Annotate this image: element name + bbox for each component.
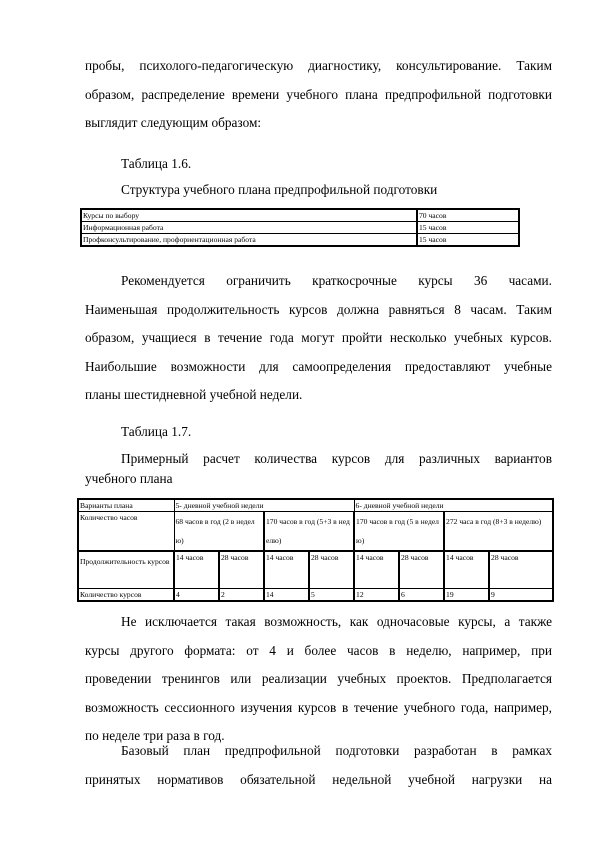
table-cell: 15 часов [417,234,519,247]
table-cell: Количество часов [78,512,174,552]
table-cell: 12 [354,589,399,602]
text-line: Базовый план предпрофильной подготовки р… [85,737,552,766]
text-line-content: Примерный расчет количества курсов для р… [121,445,552,474]
table-cell: 70 часов [417,209,519,222]
text-line: образом, распределение времени учебного … [85,81,552,110]
table-cell: Варианты плана [78,499,174,512]
table-cell: 28 часов [399,551,444,589]
table-row: Варианты плана 5- дневной учебной недели… [78,499,553,512]
table-cell: 14 часов [174,551,219,589]
text-line: курсы другого формата: от 4 и более часо… [85,637,552,666]
text-line-content: Базовый план предпрофильной подготовки р… [121,737,552,766]
table-course-count: Варианты плана 5- дневной учебной недели… [77,498,554,602]
table-cell: 170 часов в год (5 в неделю) [354,512,444,552]
text-line: Примерный расчет количества курсов для р… [85,445,552,474]
table-row: Количество часов 68 часов в год (2 в нед… [78,512,553,552]
table-cell: 28 часов [219,551,264,589]
table-cell: 15 часов [417,222,519,234]
table-cell: Информационная работа [81,222,417,234]
table-cell: 68 часов в год (2 в неделю) [174,512,264,552]
text-line-content: Не исключается такая возможность, как од… [121,608,552,637]
table-cell: Количество курсов [78,589,174,602]
table-cell: 2 [219,589,264,602]
table1-caption-number: Таблица 1.6. [121,156,191,172]
text-line: выглядит следующим образом: [85,109,552,138]
text-line: Наименьшая продолжительность курсов долж… [85,296,552,325]
table-cell: 170 часов в год (5+3 в неделю) [264,512,354,552]
paragraph-base-plan: Базовый план предпрофильной подготовки р… [85,737,552,794]
table2-caption-title-cont: учебного плана [85,471,173,487]
table-row: Продолжительность курсов 14 часов 28 час… [78,551,553,589]
table-row: Количество курсов 4 2 14 5 12 6 19 9 [78,589,553,602]
paragraph-formats: Не исключается такая возможность, как од… [85,608,552,751]
text-line: возможность сессионного изучения курсов … [85,694,552,723]
text-line: Рекомендуется ограничить краткосрочные к… [85,267,552,296]
table-cell: 272 часа в год (8+3 в неделю) [444,512,553,552]
table2-caption-title: Примерный расчет количества курсов для р… [85,445,552,474]
text-line: планы шестидневной учебной недели. [85,381,552,410]
table-cell: Продолжительность курсов [78,551,174,589]
table-cell: 5- дневной учебной недели [174,499,354,512]
table-cell: 28 часов [489,551,553,589]
table-curriculum-structure: Курсы по выбору 70 часов Информационная … [80,208,520,247]
table-cell: 14 [264,589,309,602]
table-cell: 5 [309,589,354,602]
table-cell: 9 [489,589,553,602]
table-row: Информационная работа 15 часов [81,222,519,234]
table-cell: Курсы по выбору [81,209,417,222]
table2-caption-number: Таблица 1.7. [121,424,191,440]
table-cell: 14 часов [264,551,309,589]
table-cell: 14 часов [444,551,489,589]
text-line: Наибольшие возможности для самоопределен… [85,353,552,382]
table-cell: 28 часов [309,551,354,589]
paragraph-intro: пробы, психолого-педагогическую диагност… [85,52,552,138]
table-cell: 6- дневной учебной недели [354,499,553,512]
table-cell: 6 [399,589,444,602]
table-cell: 4 [174,589,219,602]
table-cell: 19 [444,589,489,602]
paragraph-recommendation: Рекомендуется ограничить краткосрочные к… [85,267,552,410]
text-line: Не исключается такая возможность, как од… [85,608,552,637]
text-line: образом, учащиеся в течение года могут п… [85,324,552,353]
table1-caption-title: Структура учебного плана предпрофильной … [121,182,437,198]
text-line: пробы, психолого-педагогическую диагност… [85,52,552,81]
text-line-content: Рекомендуется ограничить краткосрочные к… [121,267,552,296]
table-cell: Профконсультирование, профориентационная… [81,234,417,247]
text-line: принятых нормативов обязательной недельн… [85,766,552,795]
table-row: Курсы по выбору 70 часов [81,209,519,222]
text-line: проведении тренингов или реализации учеб… [85,665,552,694]
table-row: Профконсультирование, профориентационная… [81,234,519,247]
table-cell: 14 часов [354,551,399,589]
